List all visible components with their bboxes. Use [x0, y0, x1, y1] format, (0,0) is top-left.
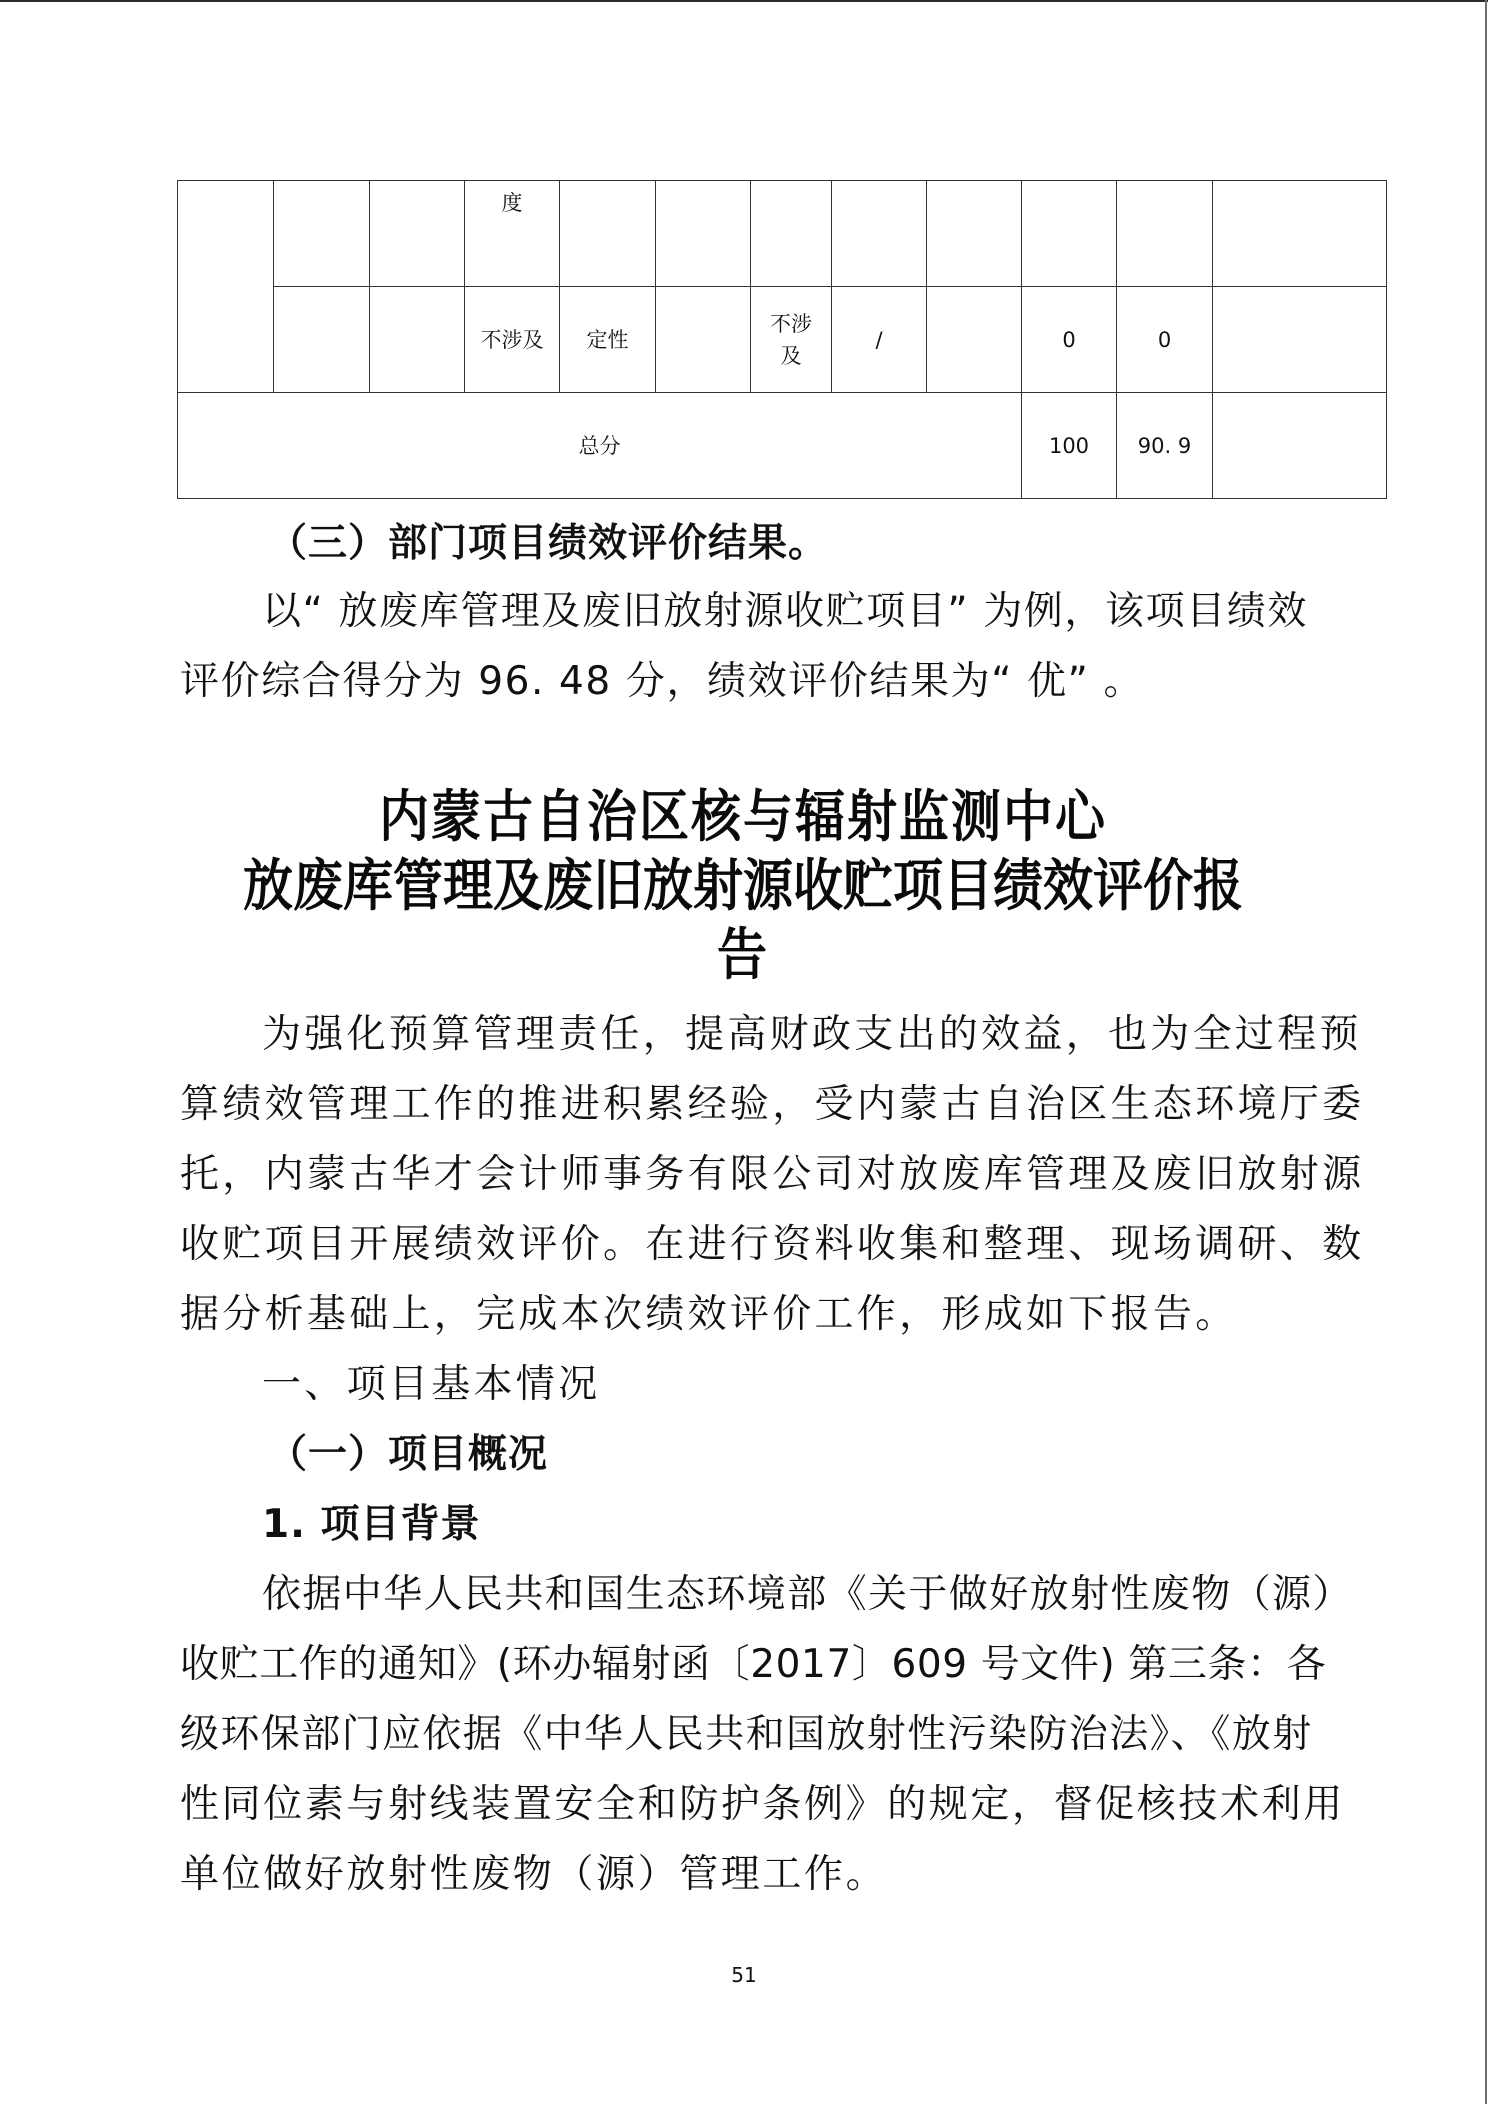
- table-cell: [655, 180, 751, 287]
- cell-text: /: [875, 324, 882, 356]
- heading-level-1: 一、项目基本情况: [262, 1360, 600, 1410]
- table-cell: [1212, 180, 1387, 287]
- heading-level-3: 1. 项目背景: [262, 1500, 481, 1550]
- paragraph-line: 收贮项目开展绩效评价。在进行资料收集和整理、现场调研、数: [180, 1220, 1364, 1270]
- cell-text: 不涉: [770, 308, 812, 340]
- report-title-line: 放废库管理及废旧放射源收贮项目绩效评价报: [178, 852, 1308, 919]
- cell-text: 0: [1062, 324, 1075, 356]
- page-top-border: [0, 0, 1488, 2]
- table-cell: [177, 180, 274, 393]
- section-heading: （三）部门项目绩效评价结果。: [268, 519, 828, 569]
- paragraph-line: 收贮工作的通知》(环办辐射函〔2017〕609 号文件) 第三条：各: [180, 1640, 1326, 1690]
- table-cell: [273, 286, 370, 393]
- paragraph-line: 评价综合得分为 96. 48 分，绩效评价结果为“ 优” 。: [180, 657, 1144, 707]
- table-cell: [1212, 392, 1387, 499]
- paragraph-line: 据分析基础上，完成本次绩效评价工作，形成如下报告。: [180, 1290, 1238, 1340]
- table-cell: 定性: [559, 286, 656, 393]
- table-cell: [369, 286, 465, 393]
- total-label: 总分: [579, 430, 621, 462]
- paragraph-line: 为强化预算管理责任，提高财政支出的效益，也为全过程预: [262, 1010, 1362, 1060]
- table-cell: /: [831, 286, 927, 393]
- cell-text: 不涉及: [481, 324, 544, 356]
- score-table: 度 不涉及 定性 不涉 及 / 0 0 总分 100 90. 9: [178, 181, 1387, 499]
- table-cell: [559, 180, 656, 287]
- paragraph-line: 单位做好放射性废物（源）管理工作。: [180, 1850, 887, 1900]
- table-cell: 度: [464, 180, 560, 287]
- table-cell: [926, 180, 1022, 287]
- paragraph-line: 依据中华人民共和国生态环境部《关于做好放射性废物（源）: [262, 1570, 1353, 1620]
- table-cell: [750, 180, 832, 287]
- cell-text: 度: [502, 187, 523, 219]
- heading-level-2: （一）项目概况: [268, 1430, 548, 1480]
- cell-text: 定性: [587, 324, 629, 356]
- score-cell: 90. 9: [1116, 392, 1213, 499]
- paragraph-line: 以“ 放废库管理及废旧放射源收贮项目” 为例，该项目绩效: [262, 587, 1308, 637]
- full-score: 100: [1049, 430, 1089, 462]
- table-cell: 不涉 及: [750, 286, 832, 393]
- table-cell: [1021, 180, 1117, 287]
- paragraph-line: 级环保部门应依据《中华人民共和国放射性污染防治法》、《放射: [180, 1710, 1313, 1760]
- total-label-cell: 总分: [177, 392, 1022, 499]
- table-cell: [655, 286, 751, 393]
- table-cell: [1212, 286, 1387, 393]
- table-cell: [369, 180, 465, 287]
- table-cell: 0: [1116, 286, 1213, 393]
- cell-text: 0: [1158, 324, 1171, 356]
- cell-text: 及: [781, 340, 802, 372]
- table-cell: 不涉及: [464, 286, 560, 393]
- paragraph-line: 性同位素与射线装置安全和防护条例》的规定，督促核技术利用: [180, 1780, 1345, 1830]
- page-right-border: [1485, 0, 1487, 2104]
- table-cell: [831, 180, 927, 287]
- full-score-cell: 100: [1021, 392, 1117, 499]
- table-cell: [926, 286, 1022, 393]
- report-title-line: 告: [178, 921, 1308, 988]
- page-number: 51: [0, 1962, 1488, 1988]
- paragraph-line: 算绩效管理工作的推进积累经验，受内蒙古自治区生态环境厅委: [180, 1080, 1364, 1130]
- table-cell: 0: [1021, 286, 1117, 393]
- table-cell: [273, 180, 370, 287]
- table-cell: [1116, 180, 1213, 287]
- report-title-line: 内蒙古自治区核与辐射监测中心: [178, 783, 1308, 850]
- paragraph-line: 托，内蒙古华才会计师事务有限公司对放废库管理及废旧放射源: [180, 1150, 1364, 1200]
- total-score: 90. 9: [1138, 430, 1191, 462]
